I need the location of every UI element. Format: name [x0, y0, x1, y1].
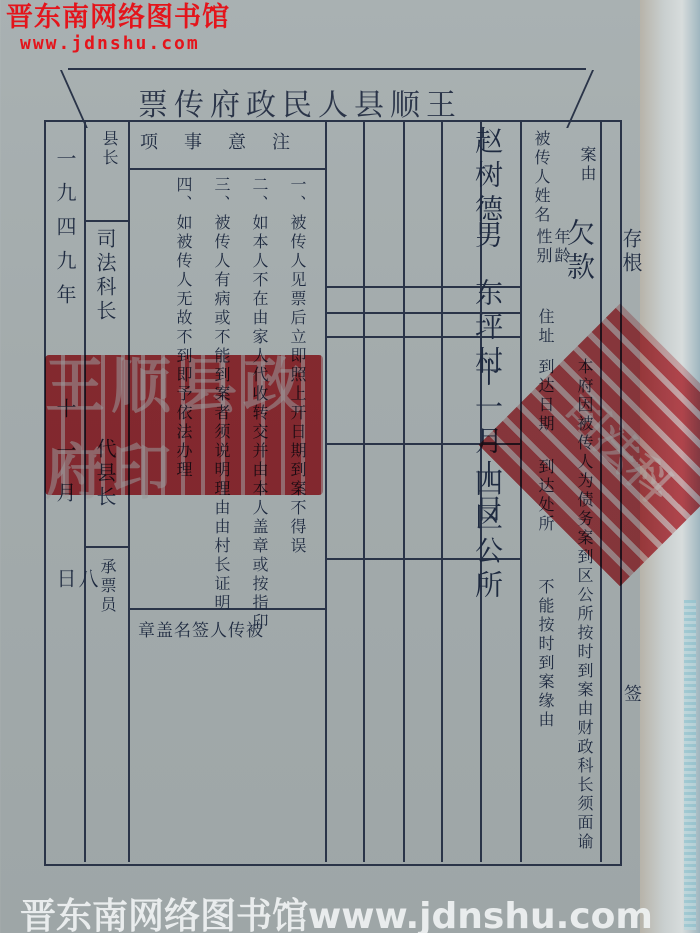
grid-line	[441, 120, 443, 862]
clerk-label: 承票员	[96, 558, 118, 615]
case-label: 案由	[576, 146, 598, 184]
arrival-place-value: 四区公所	[476, 468, 498, 604]
watermark-url: www.jdnshu.com	[6, 34, 230, 54]
grid-line	[128, 168, 325, 170]
grid-line	[520, 120, 522, 862]
grid-line	[84, 220, 128, 222]
issuer-header: 县长	[98, 130, 120, 168]
sex-value: 男	[476, 220, 498, 254]
seal-text: 王顺县政府印	[45, 339, 323, 511]
seal-text: 司法科	[551, 376, 690, 515]
date-year: 一九四九年	[54, 148, 76, 318]
residence-label: 住址	[534, 308, 556, 346]
watermark-top: 晋东南网络图书馆 www.jdnshu.com	[6, 2, 230, 54]
absence-reason-label: 不能按时到案缘由	[534, 578, 556, 730]
notice-heading: 注意事项	[140, 132, 316, 154]
title-banner: 王顺县人民政府传票	[68, 68, 586, 122]
signature-mark: 签	[620, 684, 642, 706]
watermark-bottom: 晋东南网络图书馆www.jdnshu.com	[20, 888, 653, 933]
issuer-name: 司法科长	[94, 228, 116, 324]
grid-line	[84, 546, 128, 548]
summoned-name-label: 被传人姓名	[530, 130, 552, 225]
age-label: 年龄	[550, 228, 572, 266]
signature-row-label: 被传人签名盖章	[138, 620, 264, 642]
summoned-name-value: 赵树德	[476, 126, 498, 228]
grid-line	[363, 120, 365, 862]
grid-line	[325, 120, 327, 862]
stub-side-note: 存根	[620, 228, 642, 276]
grid-line	[403, 120, 405, 862]
document-title: 王顺县人民政府传票	[138, 80, 462, 124]
watermark-title: 晋东南网络图书馆	[6, 2, 230, 34]
background-blue-cloth	[684, 600, 696, 930]
government-seal-stamp: 王顺县政府印	[45, 355, 323, 495]
date-day: 八日	[54, 568, 98, 878]
